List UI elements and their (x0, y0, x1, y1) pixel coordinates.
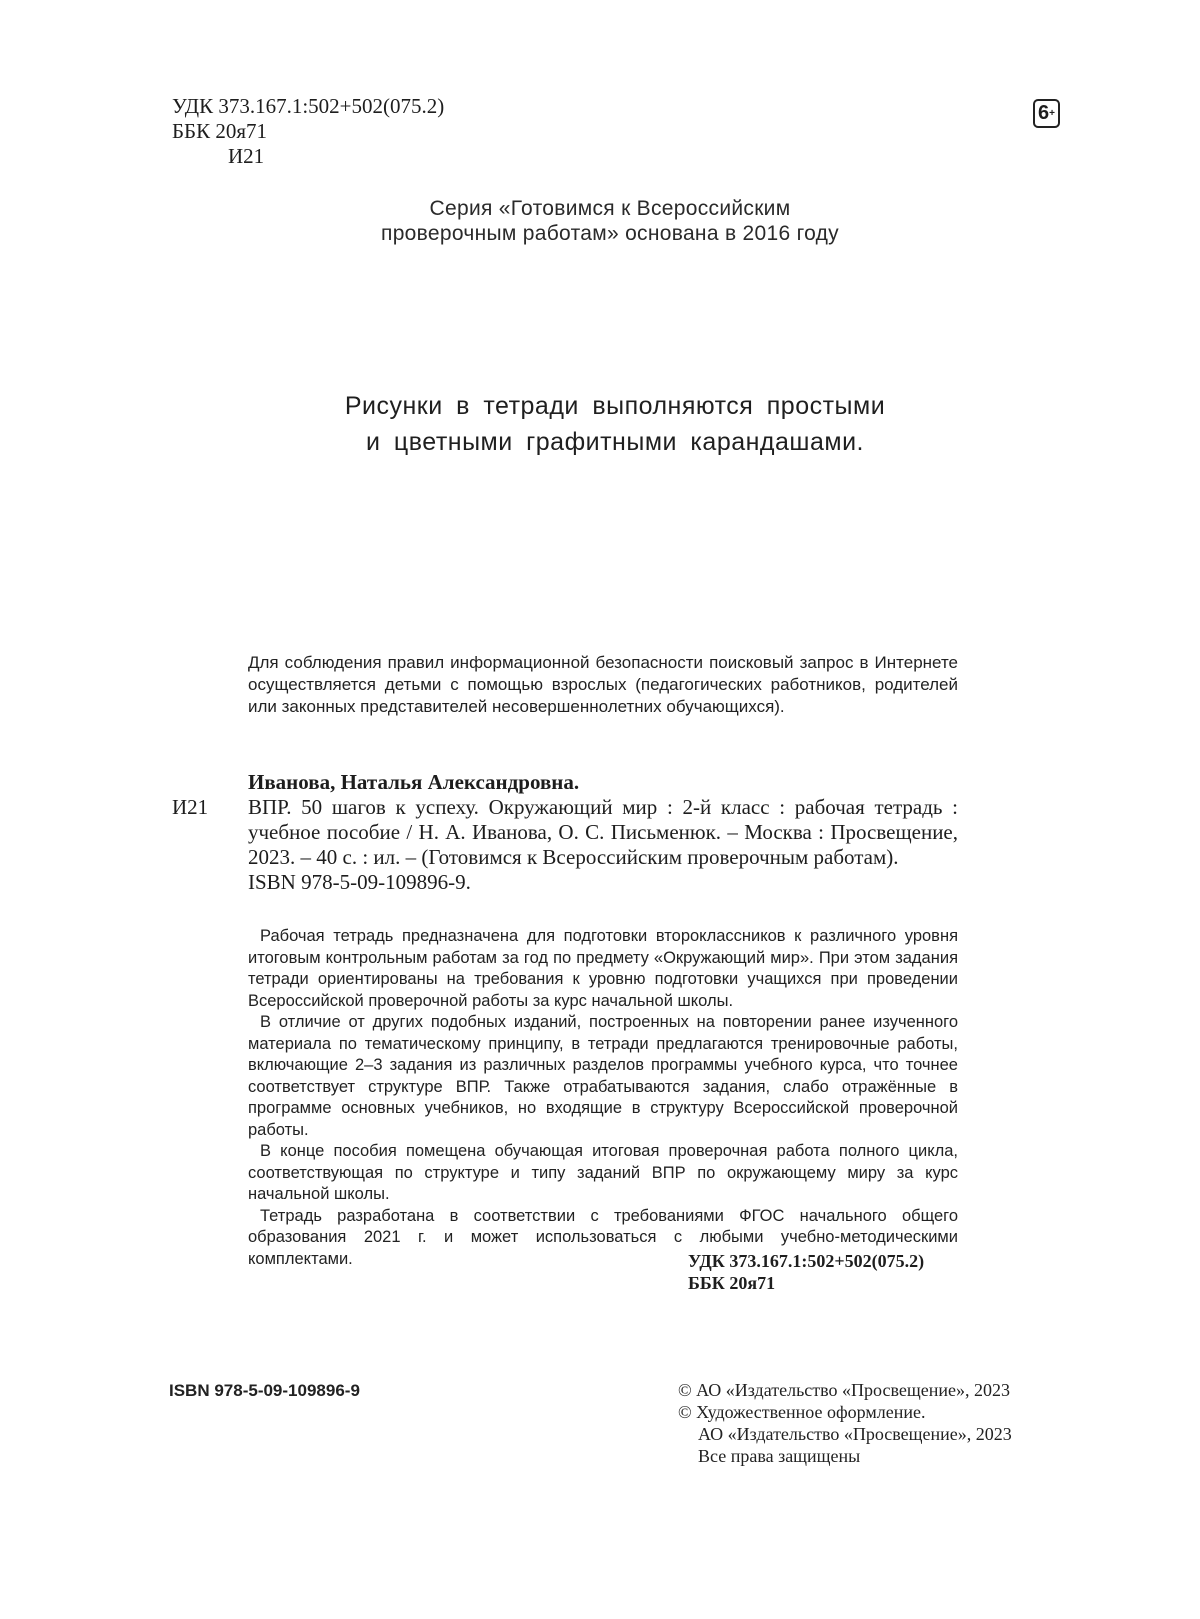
udk-code: УДК 373.167.1:502+502(075.2) (172, 94, 444, 119)
copyright-line: Все права защищены (678, 1445, 1012, 1467)
copyright-line: © Художественное оформление. (678, 1401, 1012, 1423)
internet-safety-text: Для соблюдения правил информационной без… (248, 652, 958, 718)
record-isbn: ISBN 978-5-09-109896-9. (172, 870, 958, 895)
record-description: ВПР. 50 шагов к успеху. Окружающий мир :… (248, 795, 958, 870)
age-rating-number: 6 (1038, 102, 1049, 125)
copyright-line: АО «Издательство «Просвещение», 2023 (678, 1423, 1012, 1445)
copyright-line: © АО «Издательство «Просвещение», 2023 (678, 1379, 1012, 1401)
copyright-block: © АО «Издательство «Просвещение», 2023 ©… (678, 1379, 1012, 1467)
drawing-note: Рисунки в тетради выполняются простыми и… (250, 388, 980, 460)
age-rating-badge: 6+ (1033, 99, 1060, 128)
record-author-code: И21 (172, 795, 248, 870)
internet-safety-note: Для соблюдения правил информационной без… (248, 652, 958, 718)
abstract-paragraph: Рабочая тетрадь предназначена для подгот… (248, 926, 958, 1012)
abstract-paragraph: В отличие от других подобных изданий, по… (248, 1012, 958, 1141)
record-author: Иванова, Наталья Александровна. (172, 770, 958, 795)
drawing-note-line-1: Рисунки в тетради выполняются простыми (250, 388, 980, 424)
bbk-code: ББК 20я71 (172, 119, 444, 144)
abstract: Рабочая тетрадь предназначена для подгот… (248, 926, 958, 1270)
series-note-line-1: Серия «Готовимся к Всероссийским (300, 196, 920, 221)
classification-header: УДК 373.167.1:502+502(075.2) ББК 20я71 И… (172, 94, 444, 169)
bibliographic-record: Иванова, Наталья Александровна. И21 ВПР.… (172, 770, 958, 895)
series-note-line-2: проверочным работам» основана в 2016 год… (300, 221, 920, 246)
abstract-paragraph: В конце пособия помещена обучающая итого… (248, 1141, 958, 1206)
bbk-code-bottom: ББК 20я71 (688, 1272, 924, 1294)
udk-code-bottom: УДК 373.167.1:502+502(075.2) (688, 1250, 924, 1272)
drawing-note-line-2: и цветными графитными карандашами. (250, 424, 980, 460)
isbn-footer: ISBN 978-5-09-109896-9 (169, 1381, 360, 1401)
author-code: И21 (172, 144, 444, 169)
series-note: Серия «Готовимся к Всероссийским проверо… (300, 196, 920, 246)
classification-footer: УДК 373.167.1:502+502(075.2) ББК 20я71 (688, 1250, 924, 1294)
